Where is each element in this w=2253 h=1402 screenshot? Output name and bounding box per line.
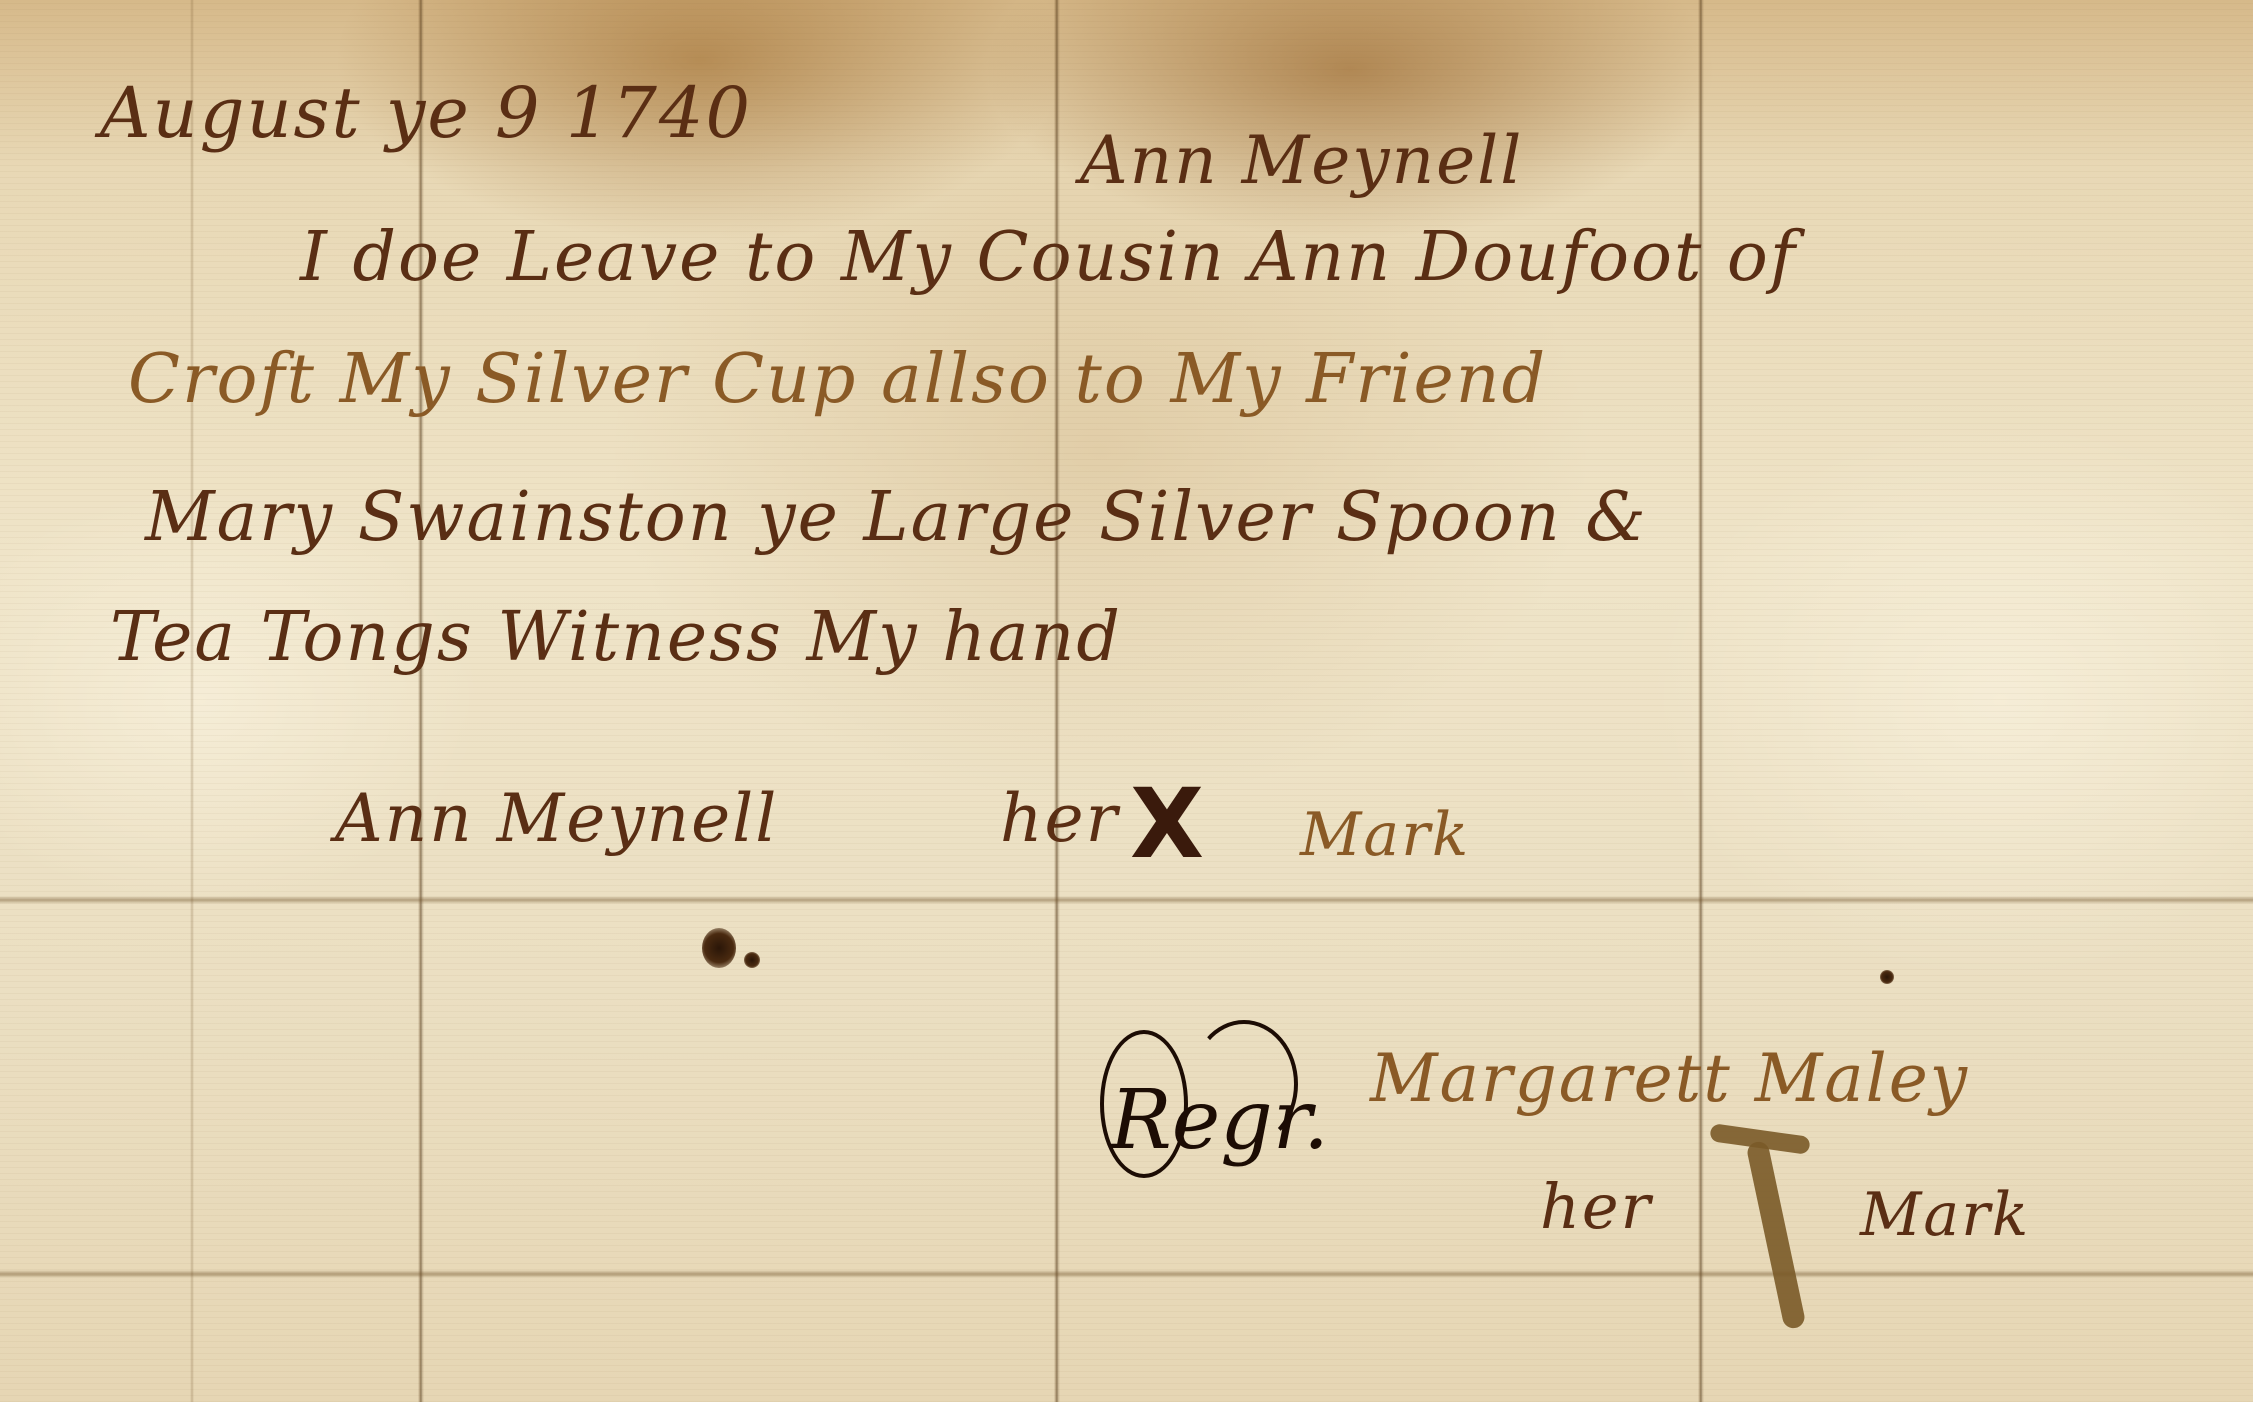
testator-signature-mark: Mark	[1300, 800, 1470, 870]
cross-mark: X	[1130, 768, 1204, 880]
body-line-3: Mary Swainston ye Large Silver Spoon &	[145, 478, 1648, 557]
fold-crease	[1698, 0, 1704, 1402]
date-line: August ye 9 1740	[100, 72, 752, 154]
witness-signature-her: her	[1540, 1170, 1652, 1243]
ink-blot	[744, 952, 760, 968]
testator-signature-name: Ann Meynell	[335, 780, 778, 857]
body-line-2: Croft My Silver Cup allso to My Friend	[128, 340, 1547, 419]
testator-signature-her: her	[1000, 780, 1119, 857]
witness-cross-mark	[1745, 1140, 1806, 1330]
fold-crease	[1054, 0, 1060, 1402]
witness-signature-mark: Mark	[1860, 1180, 2030, 1250]
fold-crease	[190, 0, 194, 1402]
fold-crease	[0, 1270, 2253, 1278]
body-line-1: I doe Leave to My Cousin Ann Doufoot of	[300, 218, 1797, 297]
fold-crease	[0, 896, 2253, 904]
fold-crease	[418, 0, 424, 1402]
witness-signature-name: Margarett Maley	[1370, 1040, 1969, 1117]
body-line-4: Tea Tongs Witness My hand	[110, 598, 1122, 677]
monogram-text: Regr.	[1110, 1080, 1329, 1162]
manuscript-page: August ye 9 1740 Ann Meynell I doe Leave…	[0, 0, 2253, 1402]
registration-monogram: Regr.	[1090, 1020, 1310, 1210]
ink-blot	[1880, 970, 1894, 984]
testator-header: Ann Meynell	[1080, 122, 1523, 199]
ink-blot	[702, 928, 736, 968]
